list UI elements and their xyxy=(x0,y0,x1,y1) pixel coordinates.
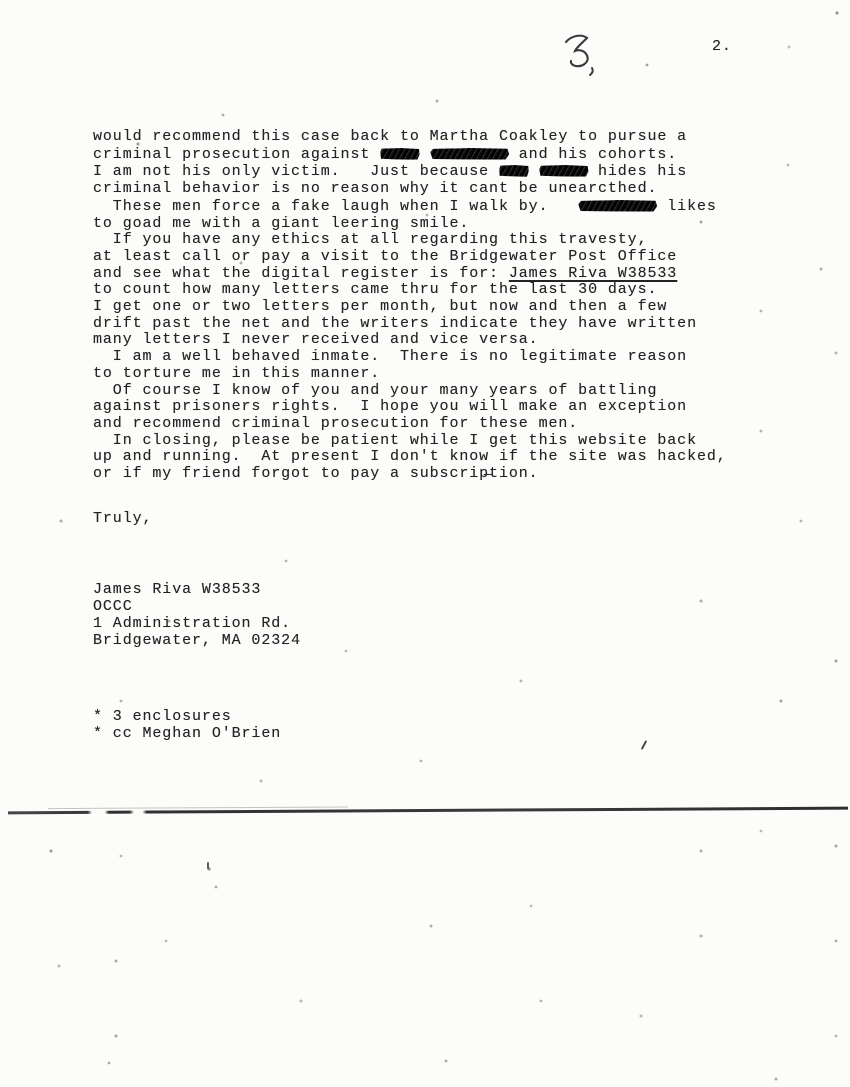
typed-page-number: 2. xyxy=(712,38,732,55)
notes-block: * 3 enclosures * cc Meghan O'Brien xyxy=(93,709,773,742)
letter-line: to goad me with a giant leering smile. xyxy=(93,216,773,233)
signature-line-name: James Riva W38533 xyxy=(93,582,773,599)
text-segment: and see what the digital register is for… xyxy=(93,265,509,282)
text-segment: Of course I know of you and your many ye… xyxy=(93,382,657,399)
letter-line: criminal prosecution against and his coh… xyxy=(93,146,773,164)
text-segment xyxy=(420,146,430,163)
text-segment: against prisoners rights. I hope you wil… xyxy=(93,398,687,415)
text-segment: criminal behavior is no reason why it ca… xyxy=(93,180,657,197)
signature-line-city: Bridgewater, MA 02324 xyxy=(93,633,773,650)
letter-line: would recommend this case back to Martha… xyxy=(93,129,773,146)
text-segment: hides his xyxy=(588,163,687,180)
redaction-scribble xyxy=(538,165,589,178)
text-segment: or if my friend forgot to pay a subscrip… xyxy=(93,465,539,482)
scan-fold-line xyxy=(8,807,848,815)
note-cc: * cc Meghan O'Brien xyxy=(93,726,773,743)
letter-line: up and running. At present I don't know … xyxy=(93,449,773,466)
redaction-scribble xyxy=(429,147,510,160)
text-segment: I am a well behaved inmate. There is no … xyxy=(93,348,687,365)
scan-noise-speckles xyxy=(0,0,2,2)
text-segment: I am not his only victim. Just because xyxy=(93,163,499,180)
text-segment: would recommend this case back to Martha… xyxy=(93,128,687,145)
text-segment xyxy=(529,163,539,180)
letter-line: to torture me in this manner. xyxy=(93,366,773,383)
redaction-scribble xyxy=(577,199,658,212)
letter-line: many letters I never received and vice v… xyxy=(93,332,773,349)
letter-line: I am a well behaved inmate. There is no … xyxy=(93,349,773,366)
signature-line-street: 1 Administration Rd. xyxy=(93,616,773,633)
note-enclosures: * 3 enclosures xyxy=(93,709,773,726)
letter-line: If you have any ethics at all regarding … xyxy=(93,232,773,249)
text-segment: and his cohorts. xyxy=(509,146,677,163)
text-segment: drift past the net and the writers indic… xyxy=(93,315,697,332)
letter-line: These men force a fake laugh when I walk… xyxy=(93,198,773,216)
letter-line: to count how many letters came thru for … xyxy=(93,282,773,299)
letter-line: at least call or pay a visit to the Brid… xyxy=(93,249,773,266)
letter-line: or if my friend forgot to pay a subscrip… xyxy=(93,466,773,483)
letter-line: and see what the digital register is for… xyxy=(93,266,773,283)
text-segment: likes xyxy=(657,198,716,215)
letter-line: and recommend criminal prosecution for t… xyxy=(93,416,773,433)
text-segment: and recommend criminal prosecution for t… xyxy=(93,415,578,432)
letter-line: I am not his only victim. Just because h… xyxy=(93,163,773,181)
letter-line: criminal behavior is no reason why it ca… xyxy=(93,181,773,198)
text-segment: many letters I never received and vice v… xyxy=(93,331,539,348)
text-segment: at least call or pay a visit to the Brid… xyxy=(93,248,677,265)
text-segment: to torture me in this manner. xyxy=(93,365,380,382)
text-segment: I get one or two letters per month, but … xyxy=(93,298,667,315)
letter-line: Of course I know of you and your many ye… xyxy=(93,383,773,400)
redaction-scribble xyxy=(498,165,529,177)
text-segment: up and running. At present I don't know … xyxy=(93,448,727,465)
handwritten-page-number xyxy=(560,32,604,78)
scan-artifact-tick xyxy=(207,862,209,869)
text-segment: to goad me with a giant leering smile. xyxy=(93,215,469,232)
text-segment: These men force a fake laugh when I walk… xyxy=(93,198,578,215)
signature-line-facility: OCCC xyxy=(93,599,773,616)
underlined-text: James Riva W38533 xyxy=(509,265,677,282)
letter-line: drift past the net and the writers indic… xyxy=(93,316,773,333)
text-segment: In closing, please be patient while I ge… xyxy=(93,432,697,449)
letter-line: In closing, please be patient while I ge… xyxy=(93,433,773,450)
redaction-scribble xyxy=(379,147,420,159)
signature-block: James Riva W38533 OCCC 1 Administration … xyxy=(93,582,773,649)
text-segment: If you have any ethics at all regarding … xyxy=(93,231,647,248)
letter-content: would recommend this case back to Martha… xyxy=(93,129,773,743)
letter-line: I get one or two letters per month, but … xyxy=(93,299,773,316)
letter-paragraphs: would recommend this case back to Martha… xyxy=(93,129,773,483)
text-segment: criminal prosecution against xyxy=(93,146,380,163)
text-segment: to count how many letters came thru for … xyxy=(93,281,657,298)
closing-salutation: Truly, xyxy=(93,511,773,528)
scanned-letter-page: 2. would recommend this case back to Mar… xyxy=(0,0,850,1087)
letter-line: against prisoners rights. I hope you wil… xyxy=(93,399,773,416)
